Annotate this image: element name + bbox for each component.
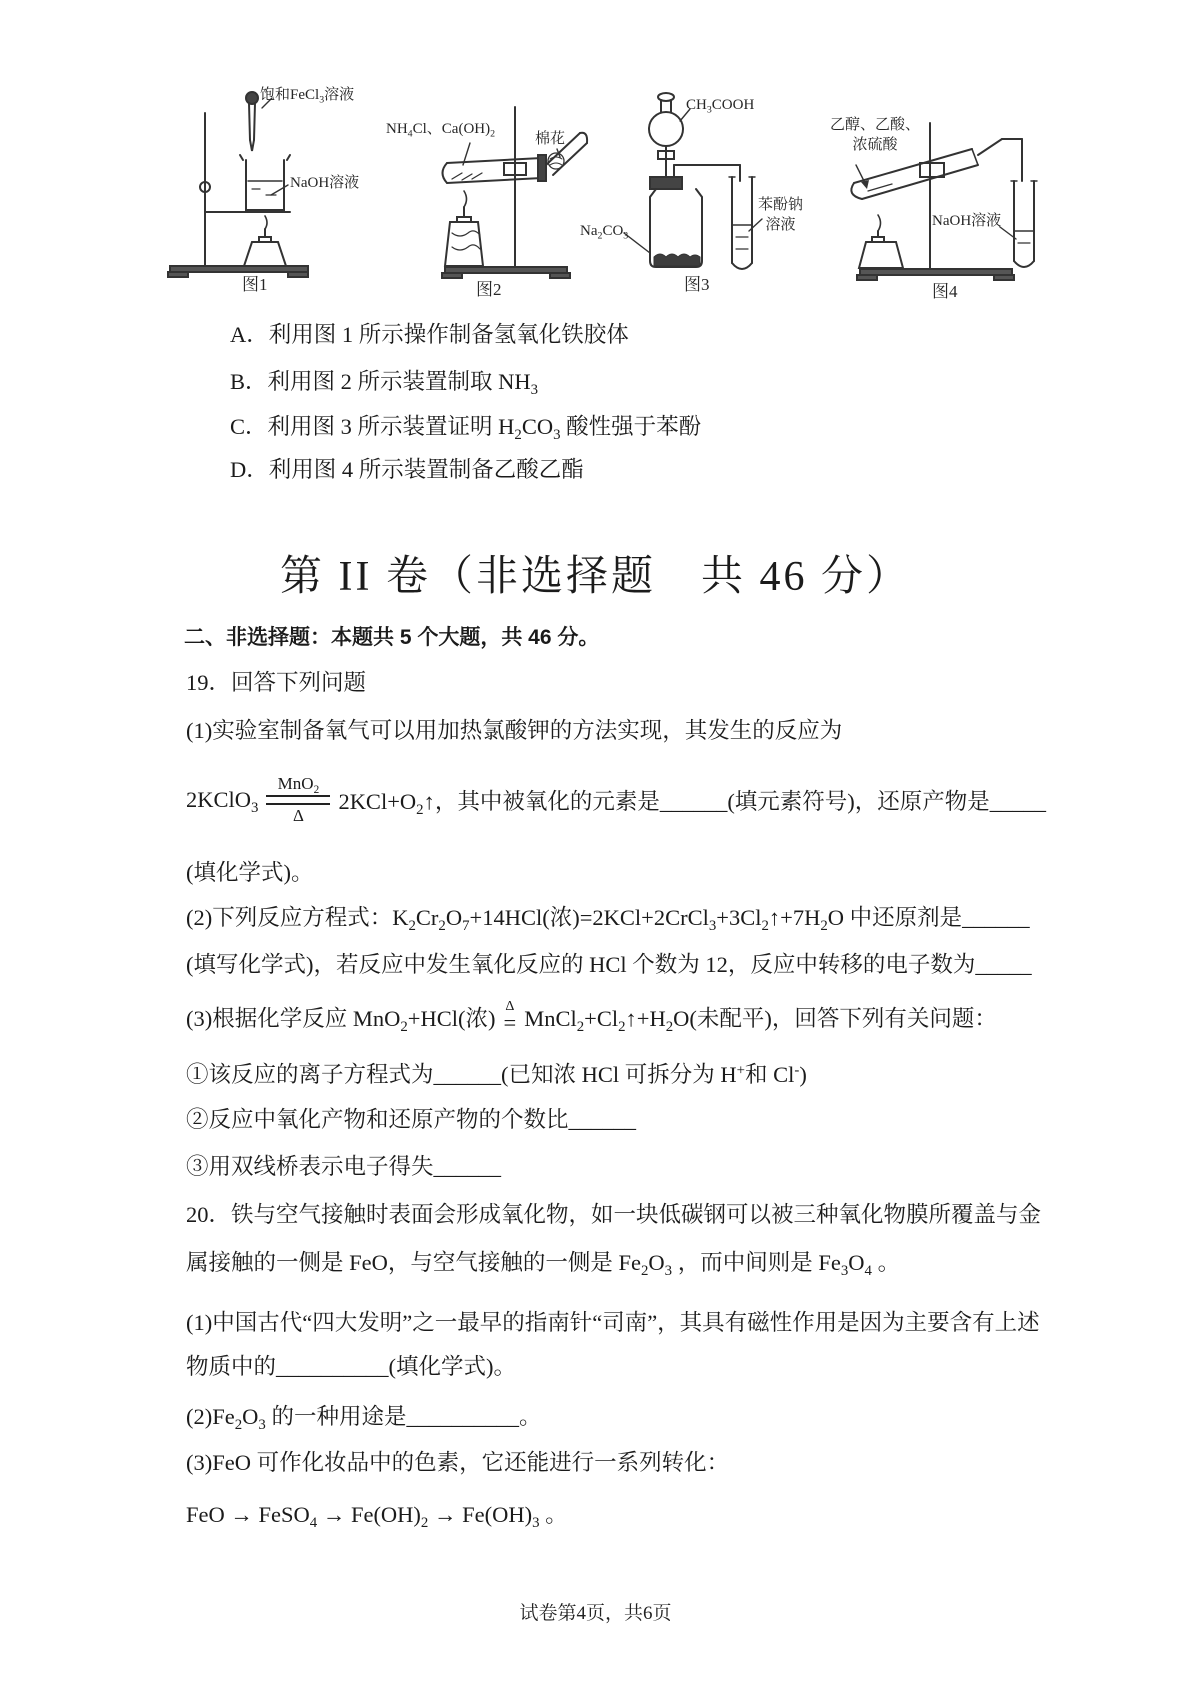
q19-part1-cont: (填化学式)。	[186, 858, 314, 888]
option-a-text: 利用图 1 所示操作制备氢氧化铁胶体	[269, 322, 629, 347]
q20-line2: 属接触的一侧是 FeO，与空气接触的一侧是 Fe2O3 ，而中间则是 Fe3O4…	[186, 1248, 900, 1278]
section-title: 第 II 卷（非选择题 共 46 分）	[0, 552, 1191, 602]
option-b-text: 利用图 2 所示装置制取 NH3	[268, 369, 539, 394]
section-intro: 二、非选择题：本题共 5 个大题，共 46 分。	[184, 624, 599, 652]
test-tube-icon	[729, 177, 755, 269]
option-c: C．利用图 3 所示装置证明 H2CO3 酸性强于苯酚	[230, 412, 701, 442]
leader-arrow	[856, 165, 869, 189]
figure-3-caption: 图3	[684, 270, 710, 295]
q19-sub2: ②反应中氧化产物和还原产物的个数比______	[186, 1105, 636, 1135]
option-d: D．利用图 4 所示装置制备乙酸乙酯	[230, 455, 584, 485]
alcohol-lamp-icon	[859, 215, 903, 268]
test-tube-icon	[851, 149, 978, 199]
option-b-key: B．	[230, 369, 268, 394]
iron-stand-icon	[168, 113, 308, 277]
dropper-icon	[246, 92, 258, 151]
equation-equals: =	[503, 1012, 516, 1035]
q19-part2: (2)下列反应方程式：K2Cr2O7+14HCl(浓)=2KCl+2CrCl3+…	[186, 903, 1030, 933]
option-c-text: 利用图 3 所示装置证明 H2CO3 酸性强于苯酚	[268, 414, 702, 439]
equation-condition-stack: MnO2 Δ	[266, 774, 330, 826]
equation-delta: Δ	[293, 806, 304, 826]
q19-part1: (1)实验室制备氧气可以用加热氯酸钾的方法实现，其发生的反应为	[186, 716, 842, 746]
figure-1-apparatus: 饱和FeCl3溶液 NaOH溶液 图1	[160, 85, 360, 300]
q20-part1a: (1)中国古代“四大发明”之一最早的指南针“司南”，其具有磁性作用是因为主要含有…	[186, 1308, 1040, 1338]
figure-3-funnel-label: CH3COOH	[686, 95, 754, 115]
option-b: B．利用图 2 所示装置制取 NH3	[230, 367, 538, 397]
figure-4-apparatus: 乙醇、乙酸、 浓硫酸 NaOH溶液 图4	[772, 85, 1037, 300]
q19-equation-mno2: (3)根据化学反应 MnO2+HCl(浓) Δ = MnCl2+Cl2↑+H2O…	[186, 993, 997, 1041]
option-a-key: A．	[230, 322, 269, 347]
delivery-tube-icon	[978, 139, 1022, 181]
figure-2-mixture-label: NH4Cl、Ca(OH)2	[386, 119, 495, 139]
figure-4-mixture-label: 乙醇、乙酸、 浓硫酸	[820, 115, 930, 155]
q20-part1b: 物质中的__________(填化学式)。	[186, 1352, 516, 1382]
equation-double-line	[266, 795, 330, 805]
equation-lhs: (3)根据化学反应 MnO2+HCl(浓)	[186, 1001, 495, 1033]
exam-page: 饱和FeCl3溶液 NaOH溶液 图1	[0, 0, 1191, 1684]
q20-conversion-chain: FeO → FeSO4 → Fe(OH)2 → Fe(OH)3 。	[186, 1500, 568, 1530]
equation-catalyst: MnO2	[278, 774, 320, 794]
delivery-tube-icon	[674, 165, 740, 181]
solid-granules-icon	[654, 254, 700, 266]
equation-delta-equals: Δ =	[503, 1000, 516, 1035]
equation-rhs: MnCl2+Cl2↑+H2O(未配平)，回答下列有关问题：	[524, 1001, 997, 1033]
option-c-key: C．	[230, 414, 268, 439]
gas-bottle-icon	[650, 177, 702, 267]
figure-2-drawing	[350, 85, 580, 300]
figure-2-cotton-label: 棉花	[535, 129, 565, 149]
q20-part3: (3)FeO 可作化妆品中的色素，它还能进行一系列转化：	[186, 1448, 729, 1478]
receiving-tube-icon	[1011, 181, 1037, 267]
figure-1-caption: 图1	[242, 270, 268, 295]
equation-lhs: 2KClO3	[186, 787, 258, 813]
test-tube-icon	[443, 155, 547, 183]
alcohol-lamp-icon	[244, 216, 286, 266]
figure-1-dropper-label: 饱和FeCl3溶液	[260, 85, 354, 105]
figure-2-caption: 图2	[476, 275, 502, 300]
option-d-text: 利用图 4 所示装置制备乙酸乙酯	[269, 457, 584, 482]
alcohol-lamp-icon	[445, 191, 483, 266]
q20-part2: (2)Fe2O3 的一种用途是__________。	[186, 1402, 541, 1432]
q20-line1: 20．铁与空气接触时表面会形成氧化物，如一块低碳钢可以被三种氧化物膜所覆盖与金	[186, 1200, 1041, 1230]
beaker-icon	[240, 155, 290, 210]
q19-stem: 19．回答下列问题	[186, 668, 366, 698]
q19-part2-cont: (填写化学式)，若反应中发生氧化反应的 HCl 个数为 12，反应中转移的电子数…	[186, 950, 1032, 980]
page-footer: 试卷第4页，共6页	[0, 1598, 1191, 1625]
leader-line	[271, 185, 288, 195]
q19-sub3: ③用双线桥表示电子得失______	[186, 1152, 501, 1182]
figure-4-caption: 图4	[932, 277, 958, 302]
option-a: A．利用图 1 所示操作制备氢氧化铁胶体	[230, 320, 629, 350]
q19-equation-kclo3: 2KClO3 MnO2 Δ 2KCl+O2↑，其中被氧化的元素是______(填…	[186, 763, 1046, 837]
figure-1-beaker-label: NaOH溶液	[290, 173, 359, 193]
figure-3-solid-label: Na2CO3	[580, 221, 628, 241]
figure-4-tube-label: NaOH溶液	[932, 211, 1001, 231]
equation-rhs: 2KCl+O2↑，其中被氧化的元素是______(填元素符号)，还原产物是___…	[338, 784, 1046, 816]
figure-2-apparatus: NH4Cl、Ca(OH)2 棉花 图2	[350, 85, 580, 300]
option-d-key: D．	[230, 457, 269, 482]
q19-sub1: ①该反应的离子方程式为______(已知浓 HCl 可拆分为 H+和 Cl-)	[186, 1060, 807, 1090]
